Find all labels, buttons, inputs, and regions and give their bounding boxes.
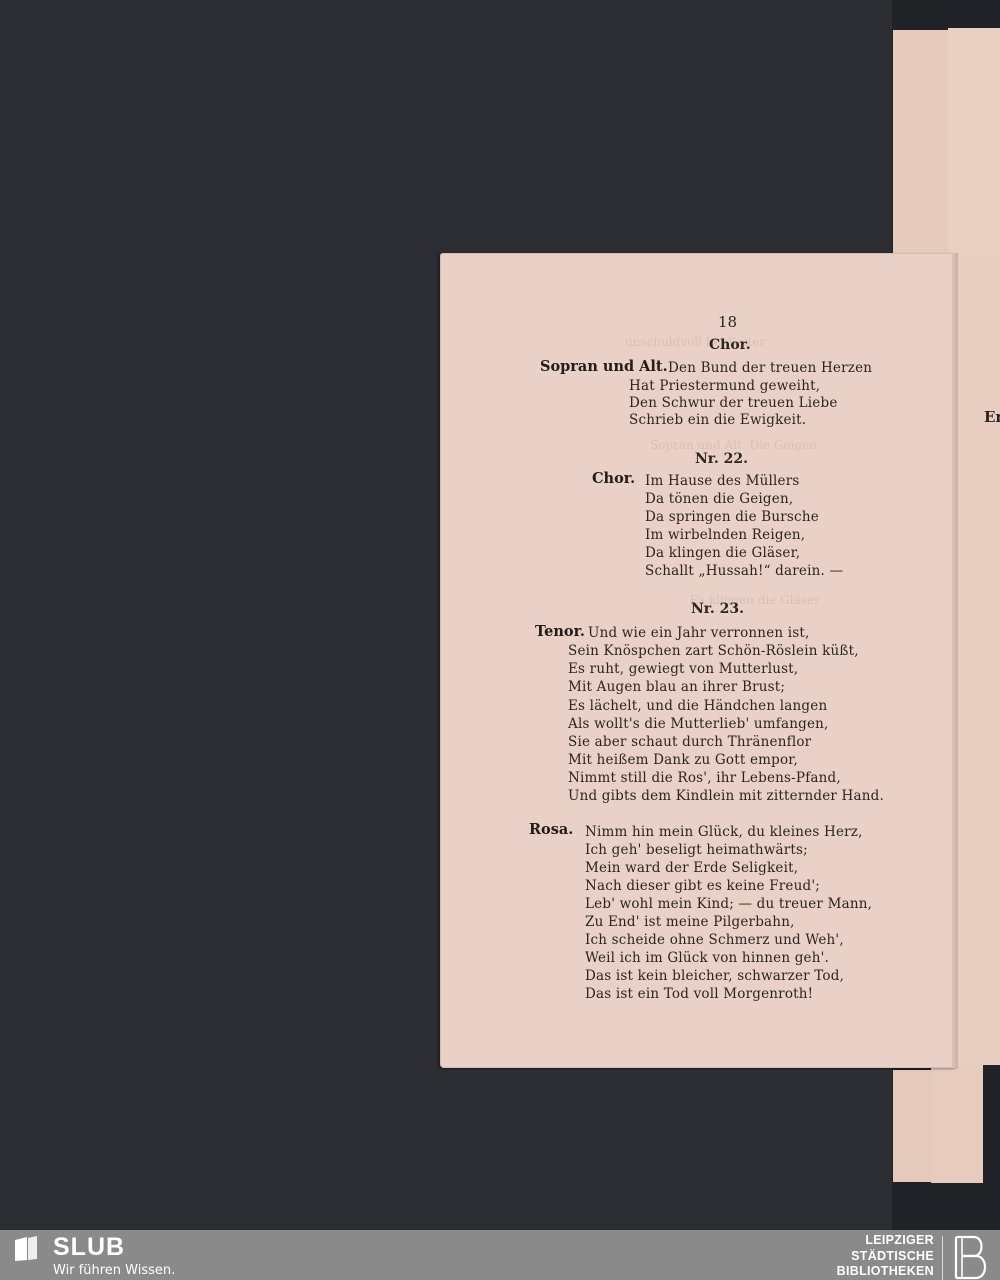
number-heading: Nr. 23. bbox=[691, 601, 744, 617]
section-heading: Chor. bbox=[709, 337, 751, 353]
verse-line: Zu End' ist meine Pilgerbahn, bbox=[585, 913, 795, 931]
bleed-through-text: Sopran und Alt. Die Geigen bbox=[650, 438, 817, 452]
verse-line: Den Bund der treuen Herzen bbox=[668, 359, 872, 377]
verse-line: Sie aber schaut durch Thränenflor bbox=[568, 733, 811, 751]
verse-line: Da tönen die Geigen, bbox=[645, 490, 793, 508]
slub-book-icon bbox=[13, 1236, 39, 1262]
lsb-line: LEIPZIGER bbox=[837, 1233, 934, 1249]
verse-line: Das ist kein bleicher, schwarzer Tod, bbox=[585, 967, 844, 985]
verse-line: Leb' wohl mein Kind; — du treuer Mann, bbox=[585, 895, 872, 913]
lsb-logo-text: LEIPZIGER STÄDTISCHE BIBLIOTHEKEN bbox=[837, 1233, 934, 1280]
speaker-label: Rosa. bbox=[529, 821, 573, 838]
footer-divider bbox=[942, 1236, 943, 1280]
footer-bar: SLUB Wir führen Wissen. LEIPZIGER STÄDTI… bbox=[0, 1230, 1000, 1280]
underlying-page-text-fragment: En bbox=[984, 408, 1000, 426]
verse-line: Das ist ein Tod voll Morgenroth! bbox=[585, 985, 813, 1003]
verse-line: Im wirbelnden Reigen, bbox=[645, 526, 805, 544]
verse-line: Sein Knöspchen zart Schön-Röslein küßt, bbox=[568, 642, 859, 660]
verse-line: Nach dieser gibt es keine Freud'; bbox=[585, 877, 820, 895]
underlying-page-edge bbox=[893, 30, 949, 255]
verse-line: Es lächelt, und die Händchen langen bbox=[568, 697, 827, 715]
scanned-page: unschuldvoll bei Seiter Sopran und Alt. … bbox=[440, 253, 958, 1068]
underlying-page-edge bbox=[955, 255, 1000, 1065]
verse-line: Schrieb ein die Ewigkeit. bbox=[629, 411, 806, 429]
verse-line: Als wollt's die Mutterlieb' umfangen, bbox=[568, 715, 829, 733]
verse-line: Hat Priestermund geweiht, bbox=[629, 377, 820, 395]
underlying-page-edge bbox=[931, 1065, 983, 1183]
verse-line: Im Hause des Müllers bbox=[645, 472, 800, 490]
verse-line: Da klingen die Gläser, bbox=[645, 544, 800, 562]
lsb-line: BIBLIOTHEKEN bbox=[837, 1264, 934, 1280]
verse-line: Schallt „Hussah!“ darein. — bbox=[645, 562, 843, 580]
verse-line: Ich geh' beseligt heimathwärts; bbox=[585, 841, 808, 859]
lsb-line: STÄDTISCHE bbox=[837, 1249, 934, 1265]
verse-line: Weil ich im Glück von hinnen geh'. bbox=[585, 949, 829, 967]
verse-line: Den Schwur der treuen Liebe bbox=[629, 394, 838, 412]
speaker-label: Chor. bbox=[592, 470, 635, 487]
speaker-label: Tenor. bbox=[535, 623, 585, 640]
speaker-label: Sopran und Alt. bbox=[540, 358, 668, 375]
page-number: 18 bbox=[718, 313, 737, 331]
verse-line: Da springen die Bursche bbox=[645, 508, 819, 526]
slub-tagline: Wir führen Wissen. bbox=[53, 1263, 175, 1278]
verse-line: Mit Augen blau an ihrer Brust; bbox=[568, 678, 785, 696]
verse-line: Ich scheide ohne Schmerz und Weh', bbox=[585, 931, 844, 949]
verse-line: Und wie ein Jahr verronnen ist, bbox=[588, 624, 810, 642]
verse-line: Nimm hin mein Glück, du kleines Herz, bbox=[585, 823, 863, 841]
underlying-page-edge bbox=[948, 28, 1000, 258]
verse-line: Nimmt still die Ros', ihr Lebens-Pfand, bbox=[568, 769, 841, 787]
slub-logo-text: SLUB bbox=[53, 1233, 125, 1262]
lsb-b-monogram-icon bbox=[952, 1234, 990, 1280]
scan-viewer: En unschuldvoll bei Seiter Sopran und Al… bbox=[0, 0, 1000, 1230]
verse-line: Und gibts dem Kindlein mit zitternder Ha… bbox=[568, 787, 884, 805]
verse-line: Mein ward der Erde Seligkeit, bbox=[585, 859, 798, 877]
verse-line: Mit heißem Dank zu Gott empor, bbox=[568, 751, 798, 769]
number-heading: Nr. 22. bbox=[695, 451, 748, 467]
verse-line: Es ruht, gewiegt von Mutterlust, bbox=[568, 660, 798, 678]
page-fold-shadow bbox=[952, 253, 958, 1068]
underlying-page-edge bbox=[893, 1070, 932, 1182]
